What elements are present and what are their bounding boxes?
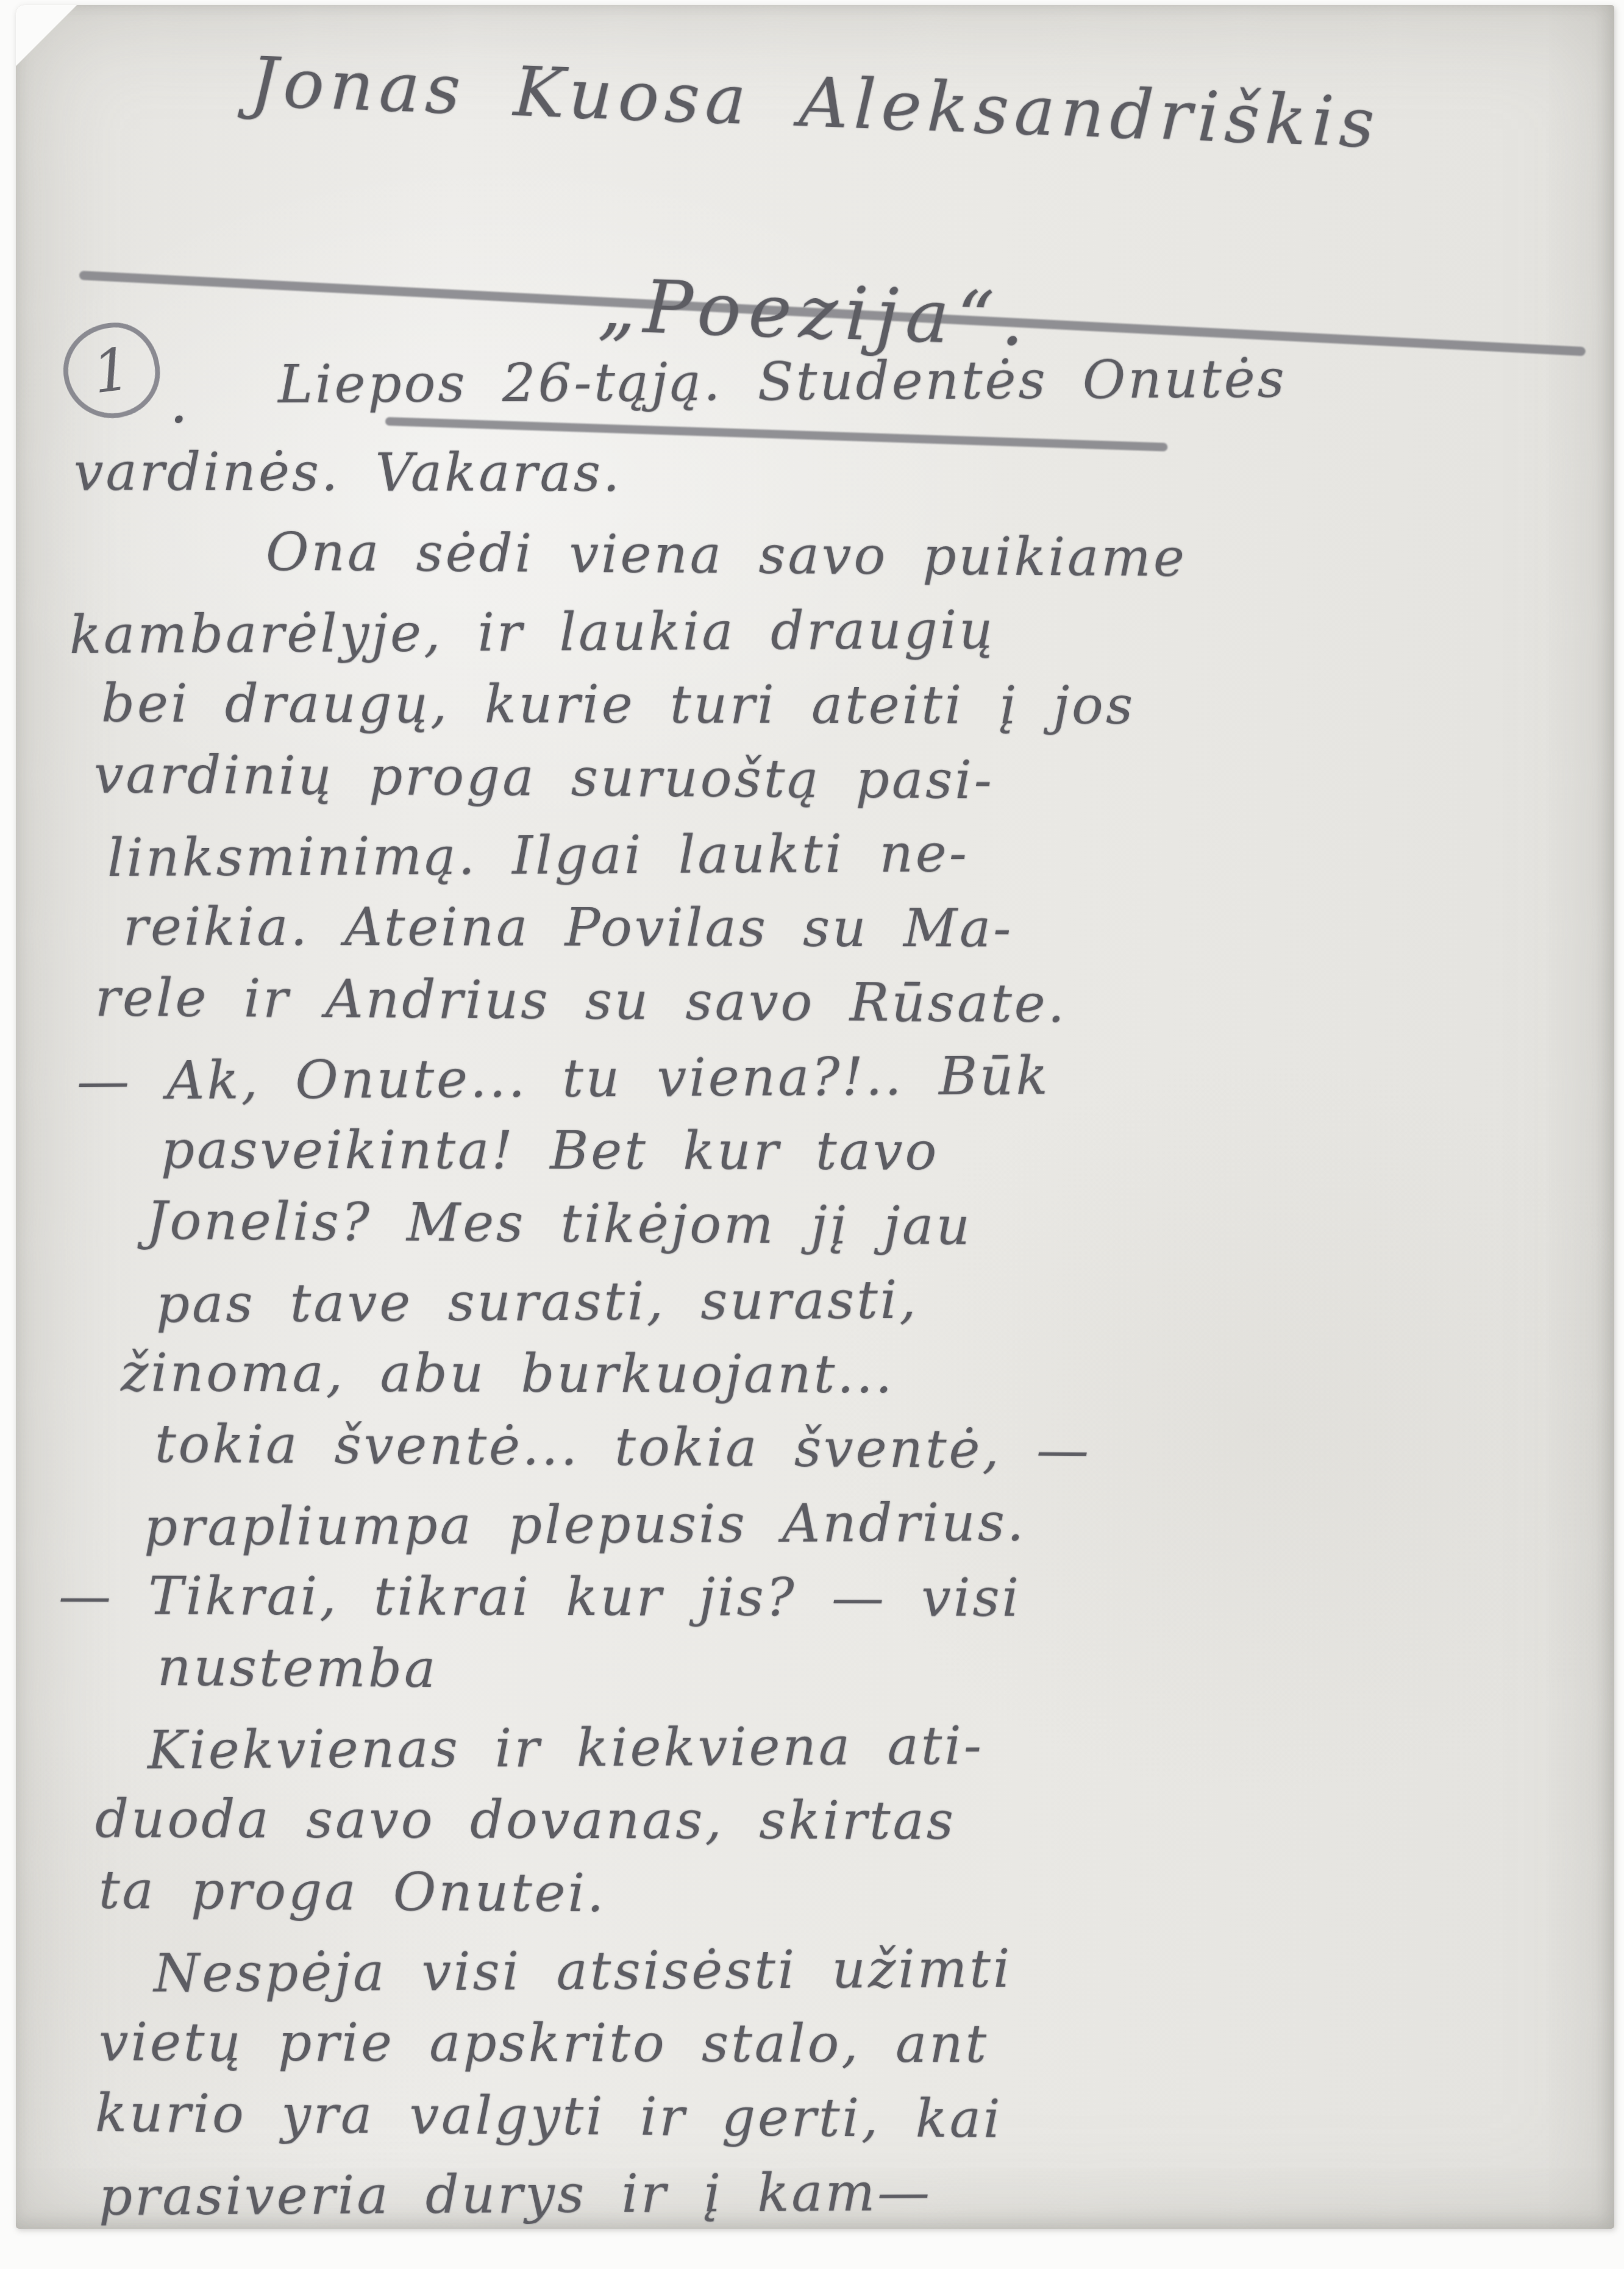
manuscript-line: vietų prie apskrito stalo, ant [99, 2005, 1614, 2082]
manuscript-line: — Ak, Onute... tu viena?!.. Būk [77, 1036, 1615, 1119]
manuscript-line: nustemba [157, 1630, 1615, 1714]
manuscript-line: kambarėlyje, ir laukia draugių [69, 590, 1615, 672]
manuscript-page: Jonas Kuosa Aleksandriškis „Poezija“. 1 … [16, 5, 1614, 2229]
manuscript-line: žinoma, abu burkuojant... [121, 1336, 1614, 1413]
manuscript-line: prapliumpa plepusis Andrius. [144, 1482, 1615, 1564]
manuscript-line: rele ir Andrius su savo Rūsate. [95, 961, 1615, 1045]
manuscript-body: Liepos 26-tąją. Studentės Onutės vardinė… [16, 344, 1614, 2230]
manuscript-line: duoda savo dovanas, skirtas [95, 1782, 1614, 1859]
manuscript-line: Ona sėdi viena savo puikiame [266, 515, 1615, 599]
manuscript-line: — Tikrai, tikrai kur jis? — visi [59, 1559, 1614, 1636]
manuscript-line: tokia šventė... tokia šventė, — [155, 1407, 1615, 1491]
manuscript-line: prasiveria durys ir į kam— [99, 2151, 1615, 2234]
manuscript-line: ta proga Onutei. [99, 1853, 1615, 1937]
manuscript-line: Jonelis? Mes tikėjom jį jau [146, 1184, 1615, 1268]
manuscript-line: reikia. Ateina Povilas su Ma- [123, 889, 1614, 967]
manuscript-line: vardinių proga suruoštą pasi- [94, 738, 1615, 822]
manuscript-line: pas tave surasti, surasti, [156, 1259, 1615, 1341]
manuscript-line: Liepos 26-tąją. Studentės Onutės [278, 340, 1615, 422]
manuscript-line: bei draugų, kurie turi ateiti į jos [101, 666, 1614, 744]
manuscript-line: pasveikinta! Bet kur tavo [161, 1113, 1614, 1191]
manuscript-line: Kiekvienas ir kiekviena ati- [148, 1705, 1615, 1787]
page-title-author: Jonas Kuosa Aleksandriškis [15, 34, 1615, 172]
manuscript-line: vardinės. Vakaras. [74, 435, 1614, 512]
manuscript-line: linksminimą. Ilgai laukti ne- [107, 813, 1615, 896]
manuscript-line: kurio yra valgyti ir gerti, kai [95, 2076, 1615, 2161]
manuscript-line: Nespėja visi atsisėsti užimti [154, 1928, 1615, 2011]
